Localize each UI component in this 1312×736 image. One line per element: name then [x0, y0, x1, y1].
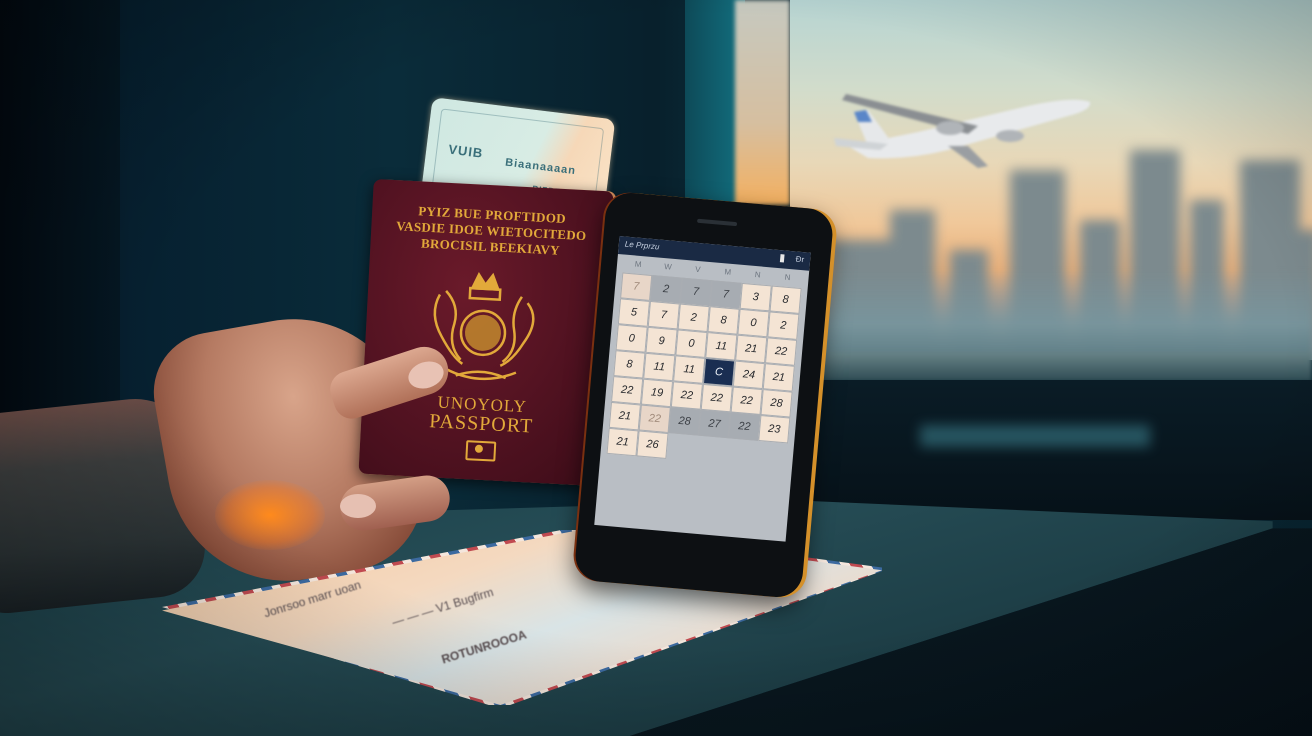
calendar-day[interactable]: 7 — [710, 280, 742, 309]
weekday-label: W — [653, 261, 684, 273]
travel-scene: Jonrsoo marr uoan — — — V1 Bugfirm ROTUN… — [0, 0, 1312, 736]
calendar-day[interactable]: 22 — [765, 337, 797, 366]
calendar-day[interactable]: 28 — [669, 407, 701, 436]
calendar-day[interactable]: 2 — [767, 311, 799, 340]
calendar-day[interactable]: 24 — [733, 361, 765, 390]
calendar-day[interactable]: 22 — [701, 384, 733, 413]
weekday-label: M — [623, 258, 654, 270]
passport-header: PYIZ BUE PROFTIDOD VASDIE IDOE WIETOCITE… — [390, 202, 592, 260]
calendar-app-title: Le Prprzu — [624, 240, 659, 252]
calendar-grid: 72773857280209011212281111C2421221922222… — [607, 272, 802, 469]
calendar-day[interactable]: 11 — [643, 353, 675, 382]
calendar-day[interactable]: 0 — [616, 324, 648, 353]
calendar-day[interactable]: 7 — [620, 272, 652, 301]
calendar-view-button[interactable]: Ðr — [795, 254, 804, 264]
calendar-day[interactable]: 7 — [680, 278, 712, 307]
calendar-day[interactable]: 11 — [673, 355, 705, 384]
calendar-day[interactable]: 8 — [707, 306, 739, 335]
calendar-day[interactable]: 19 — [641, 379, 673, 408]
calendar-day[interactable]: 3 — [740, 283, 772, 312]
calendar-day[interactable]: 21 — [607, 428, 639, 457]
smartphone[interactable]: Le Prprzu Ðr MWVMNN 72773857280209011212… — [573, 191, 834, 599]
calendar-day[interactable]: 22 — [731, 386, 763, 415]
calendar-day[interactable]: 22 — [611, 376, 643, 405]
sunlight-glow — [215, 480, 325, 550]
calendar-day[interactable]: 8 — [613, 350, 645, 379]
calendar-day[interactable]: 0 — [737, 309, 769, 338]
calendar-day[interactable]: 21 — [735, 335, 767, 364]
biometric-chip-icon — [465, 440, 496, 462]
calendar-day[interactable]: 2 — [650, 275, 682, 304]
blurred-shelf — [920, 425, 1150, 447]
calendar-day[interactable]: 8 — [770, 285, 802, 314]
calendar-day-selected[interactable]: C — [703, 358, 735, 387]
window-view — [790, 0, 1312, 360]
weekday-label: N — [772, 272, 803, 284]
calendar-day[interactable]: 0 — [675, 329, 707, 358]
calendar-day[interactable]: 23 — [758, 415, 790, 444]
calendar-day[interactable]: 28 — [760, 389, 792, 418]
calendar-day[interactable]: 22 — [728, 412, 760, 441]
calendar-day[interactable]: 11 — [705, 332, 737, 361]
curtain-light — [735, 0, 790, 205]
weekday-label: N — [742, 269, 773, 281]
passport[interactable]: PYIZ BUE PROFTIDOD VASDIE IDOE WIETOCITE… — [358, 179, 613, 486]
fingernail — [340, 494, 376, 518]
weekday-label: M — [712, 266, 743, 278]
window-sill — [790, 352, 1312, 382]
calendar-day[interactable]: 7 — [648, 301, 680, 330]
dark-wall-panel — [0, 0, 120, 440]
calendar-day[interactable]: 5 — [618, 298, 650, 327]
phone-screen[interactable]: Le Prprzu Ðr MWVMNN 72773857280209011212… — [594, 236, 811, 542]
calendar-day[interactable]: 27 — [698, 410, 730, 439]
calendar-day[interactable]: 9 — [645, 327, 677, 356]
calendar-day[interactable]: 22 — [671, 381, 703, 410]
calendar-day[interactable]: 22 — [639, 405, 671, 434]
airplane-icon — [828, 88, 1098, 168]
calendar-day[interactable]: 2 — [678, 304, 710, 333]
phone-speaker — [697, 219, 737, 226]
window-ledge-shadow — [790, 380, 1312, 520]
weekday-label: V — [683, 264, 714, 276]
battery-icon — [780, 254, 785, 262]
calendar-day[interactable]: 21 — [763, 363, 795, 392]
skyline-haze — [790, 270, 1312, 360]
calendar-day[interactable]: 26 — [636, 430, 668, 459]
calendar-day[interactable]: 21 — [609, 402, 641, 431]
